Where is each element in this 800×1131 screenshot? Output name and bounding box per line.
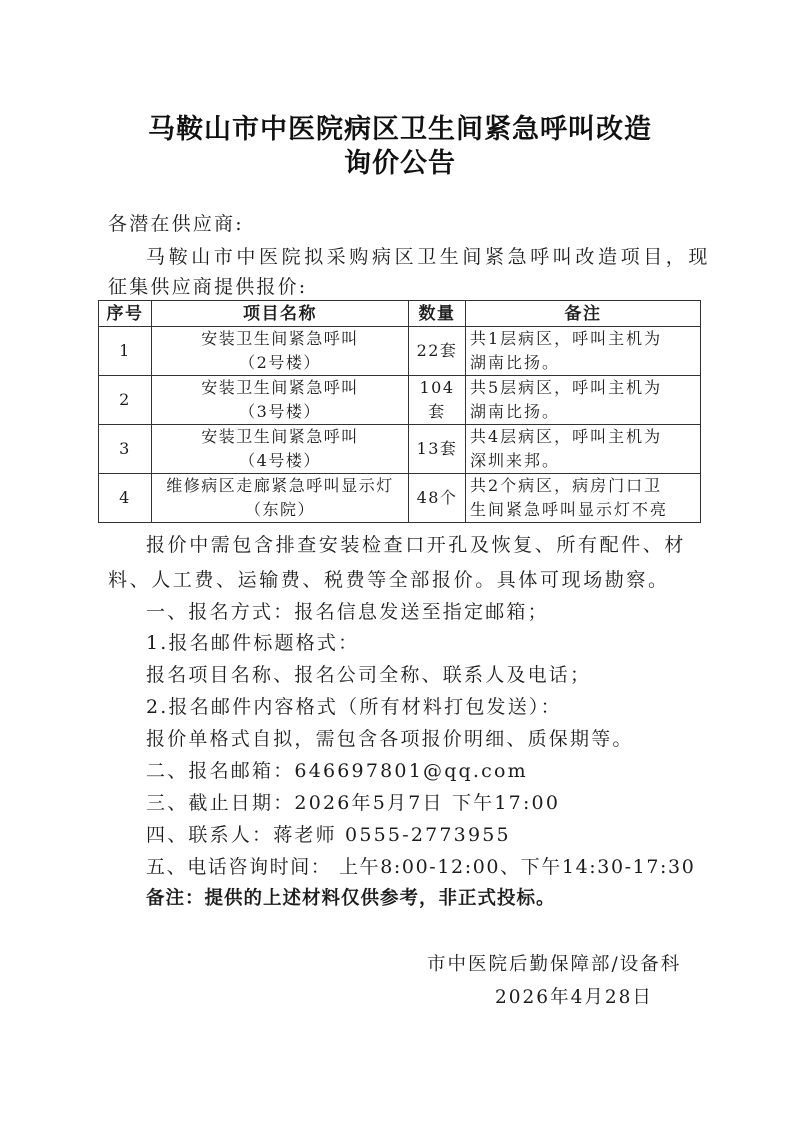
row-note-line2: 湖南比扬。	[470, 400, 697, 424]
row-note: 共5层病区，呼叫主机为湖南比扬。	[466, 376, 701, 425]
email-subject-format-heading: 1.报名邮件标题格式：	[146, 628, 359, 655]
row-note-line2: 深圳来邦。	[470, 449, 697, 473]
header-name: 项目名称	[152, 301, 409, 327]
table-row: 3 安装卫生间紧急呼叫（4号楼） 13套 共4层病区，呼叫主机为深圳来邦。	[99, 425, 701, 474]
row-no: 3	[99, 425, 152, 474]
salutation: 各潜在供应商:	[108, 209, 244, 236]
row-name-line2: （东院）	[155, 498, 405, 522]
row-name: 安装卫生间紧急呼叫（2号楼）	[152, 327, 409, 376]
signup-email: 二、报名邮箱：646697801@qq.com	[146, 756, 528, 783]
row-no: 2	[99, 376, 152, 425]
row-name-line2: （3号楼）	[155, 400, 405, 424]
row-name-line2: （2号楼）	[155, 351, 405, 375]
row-qty: 22套	[409, 327, 466, 376]
header-qty: 数量	[409, 301, 466, 327]
row-name-line1: 安装卫生间紧急呼叫	[155, 327, 405, 351]
deadline: 三、截止日期：2026年5月7日 下午17:00	[146, 788, 560, 815]
document-page: 马鞍山市中医院病区卫生间紧急呼叫改造 询价公告 各潜在供应商: 马鞍山市中医院拟…	[0, 0, 800, 1131]
row-note-line1: 共4层病区，呼叫主机为	[470, 425, 697, 449]
row-qty-line1: 104	[412, 376, 462, 400]
row-no: 1	[99, 327, 152, 376]
table-row: 2 安装卫生间紧急呼叫（3号楼） 104套 共5层病区，呼叫主机为湖南比扬。	[99, 376, 701, 425]
row-note-line1: 共5层病区，呼叫主机为	[470, 376, 697, 400]
row-name: 安装卫生间紧急呼叫（3号楼）	[152, 376, 409, 425]
quote-items-table: 序号 项目名称 数量 备注 1 安装卫生间紧急呼叫（2号楼） 22套 共1层病区…	[98, 300, 701, 523]
row-name: 安装卫生间紧急呼叫（4号楼）	[152, 425, 409, 474]
signature-department: 市中医院后勤保障部/设备科	[427, 950, 681, 976]
row-name: 维修病区走廊紧急呼叫显示灯（东院）	[152, 474, 409, 523]
table-header-row: 序号 项目名称 数量 备注	[99, 301, 701, 327]
row-name-line1: 安装卫生间紧急呼叫	[155, 376, 405, 400]
signup-method: 一、报名方式：报名信息发送至指定邮箱；	[146, 597, 549, 624]
contact-person: 四、联系人：蒋老师 0555-2773955	[146, 820, 511, 847]
intro-line-1: 马鞍山市中医院拟采购病区卫生间紧急呼叫改造项目，现	[146, 242, 711, 269]
body-line-2: 料、人工费、运输费、税费等全部报价。具体可现场勘察。	[108, 565, 670, 592]
row-note-line2: 湖南比扬。	[470, 351, 697, 375]
row-qty: 48个	[409, 474, 466, 523]
remark: 备注：提供的上述材料仅供参考，非正式投标。	[146, 884, 556, 910]
row-name-line2: （4号楼）	[155, 449, 405, 473]
consultation-hours: 五、电话咨询时间： 上午8:00-12:00、下午14:30-17:30	[146, 852, 695, 879]
row-qty: 13套	[409, 425, 466, 474]
row-name-line1: 安装卫生间紧急呼叫	[155, 425, 405, 449]
row-note-line2: 生间紧急呼叫显示灯不亮	[470, 498, 697, 522]
email-subject-format: 报名项目名称、报名公司全称、联系人及电话；	[146, 660, 591, 687]
signature-date: 2026年4月28日	[495, 983, 653, 1009]
row-note-line1: 共2个病区，病房门口卫	[470, 474, 697, 498]
table-row: 4 维修病区走廊紧急呼叫显示灯（东院） 48个 共2个病区，病房门口卫生间紧急呼…	[99, 474, 701, 523]
header-no: 序号	[99, 301, 152, 327]
row-no: 4	[99, 474, 152, 523]
body-line-1: 报价中需包含排查安装检查口开孔及恢复、所有配件、材	[146, 530, 686, 557]
intro-line-2: 征集供应商提供报价:	[108, 272, 307, 299]
email-content-format-heading: 2.报名邮件内容格式（所有材料打包发送）：	[146, 692, 562, 719]
row-name-line1: 维修病区走廊紧急呼叫显示灯	[155, 474, 405, 498]
row-qty-line2: 套	[412, 400, 462, 424]
row-note: 共1层病区，呼叫主机为湖南比扬。	[466, 327, 701, 376]
row-note-line1: 共1层病区，呼叫主机为	[470, 327, 697, 351]
row-qty: 104套	[409, 376, 466, 425]
document-title-line2: 询价公告	[0, 141, 800, 180]
email-content-format: 报价单格式自拟，需包含各项报价明细、质保期等。	[146, 724, 634, 751]
row-note: 共2个病区，病房门口卫生间紧急呼叫显示灯不亮	[466, 474, 701, 523]
header-note: 备注	[466, 301, 701, 327]
row-note: 共4层病区，呼叫主机为深圳来邦。	[466, 425, 701, 474]
table-row: 1 安装卫生间紧急呼叫（2号楼） 22套 共1层病区，呼叫主机为湖南比扬。	[99, 327, 701, 376]
